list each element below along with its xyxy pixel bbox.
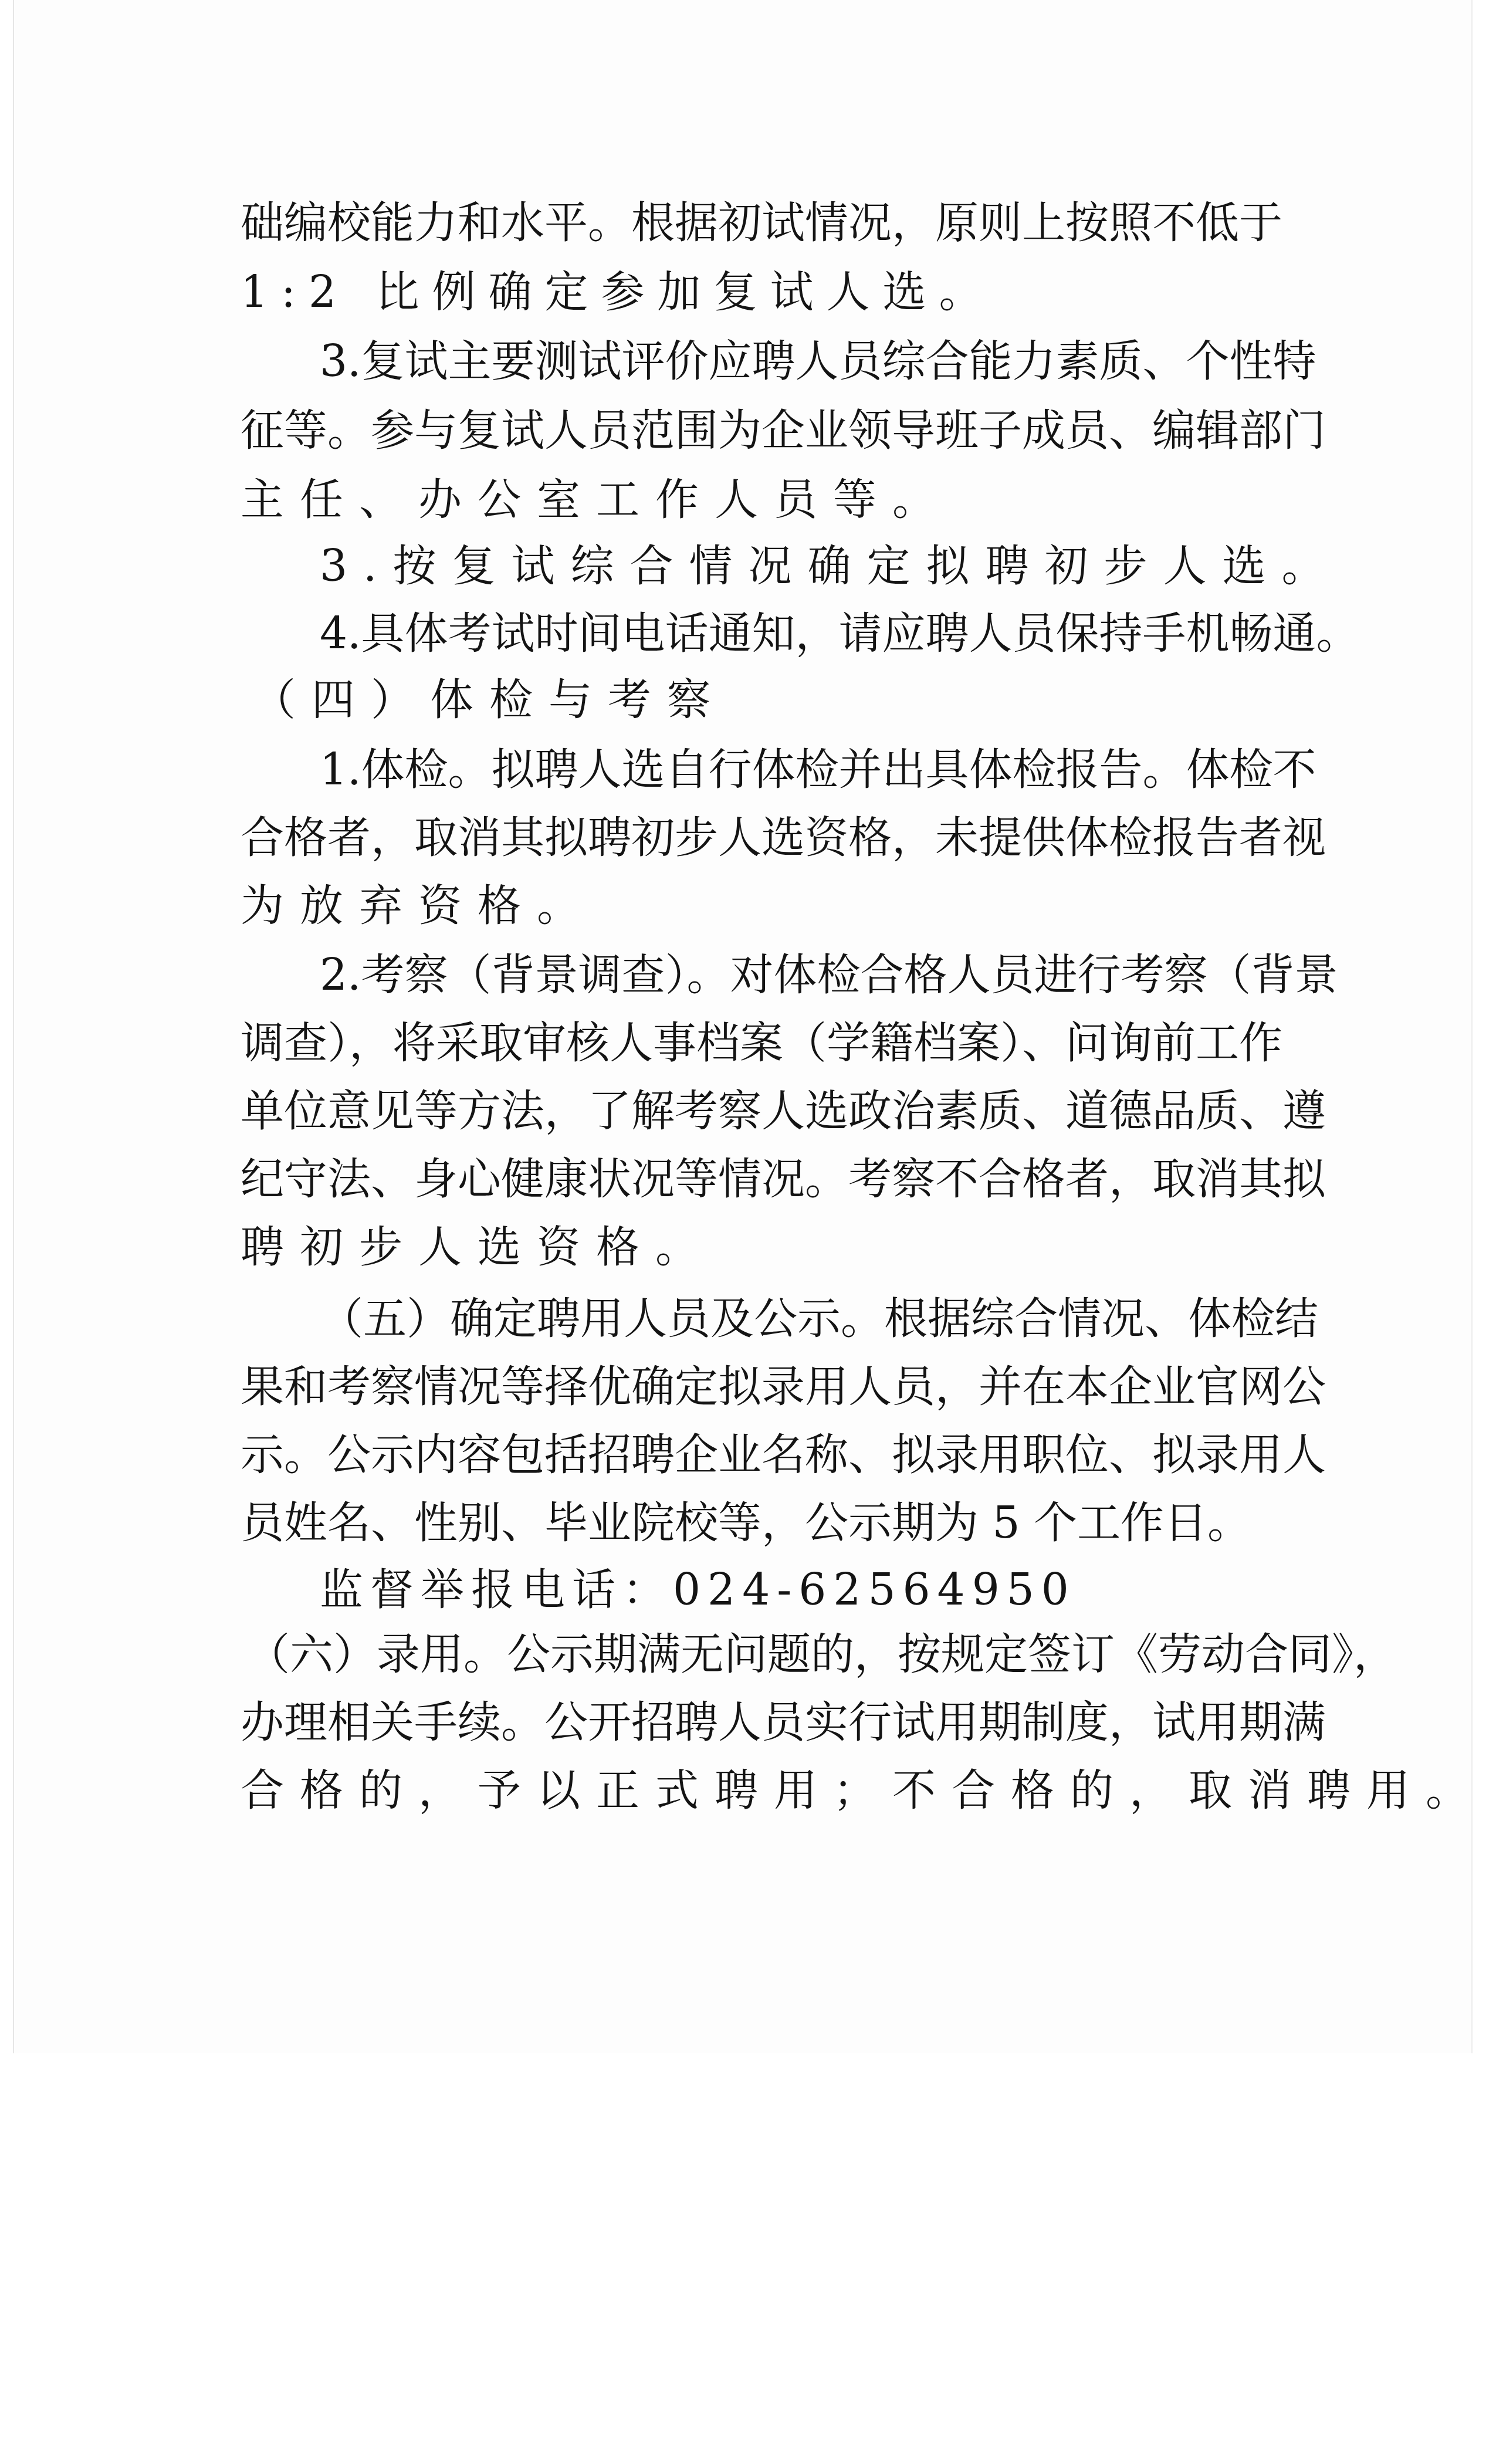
text-line-14: 单位意见等方法，了解考察人选政治素质、道德品质、遵 <box>241 1082 1251 1140</box>
text-line-6: 3.按复试综合情况确定拟聘初步人选。 <box>320 537 1330 595</box>
text-line-10: 合格者，取消其拟聘初步人选资格，未提供体检报告者视 <box>241 808 1251 867</box>
text-line-13: 调查），将采取审核人事档案（学籍档案）、问询前工作 <box>241 1014 1251 1072</box>
text-line-12: 2.考察（背景调查）。对体检合格人员进行考察（背景 <box>320 946 1251 1004</box>
text-line-3: 3.复试主要测试评价应聘人员综合能力素质、个性特 <box>320 332 1251 391</box>
text-line-1: 础编校能力和水平。根据初试情况，原则上按照不低于 <box>241 194 1251 252</box>
section-heading-6: （六）录用。公示期满无问题的，按规定签订《劳动合同》， <box>246 1625 1276 1684</box>
text-line-20: 员姓名、性别、毕业院校等，公示期为 5 个工作日。 <box>241 1494 1203 1552</box>
section-heading-5: （五）确定聘用人员及公示。根据综合情况、体检结 <box>320 1289 1251 1348</box>
text-line-5: 主任、办公室工作人员等。 <box>241 471 1251 529</box>
text-line-16: 聘初步人选资格。 <box>241 1218 1251 1277</box>
document-body: 础编校能力和水平。根据初试情况，原则上按照不低于 1:2 比例确定参加复试人选。… <box>0 0 1496 2053</box>
text-line-11: 为放弃资格。 <box>241 876 1251 935</box>
section-heading-4: （四）体检与考察 <box>252 671 1263 729</box>
text-line-18: 果和考察情况等择优确定拟录用人员，并在本企业官网公 <box>241 1358 1251 1416</box>
text-line-15: 纪守法、身心健康状况等情况。考察不合格者，取消其拟 <box>241 1150 1251 1209</box>
text-line-7: 4.具体考试时间电话通知，请应聘人员保持手机畅通。 <box>320 604 1282 663</box>
report-phone-line: 监督举报电话：024-62564950 <box>320 1561 1330 1619</box>
text-line-9: 1.体检。拟聘人选自行体检并出具体检报告。体检不 <box>320 740 1251 799</box>
text-line-19: 示。公示内容包括招聘企业名称、拟录用职位、拟录用人 <box>241 1426 1251 1484</box>
text-line-24: 合格的，予以正式聘用；不合格的，取消聘用。 <box>241 1761 1251 1820</box>
text-line-23: 办理相关手续。公开招聘人员实行试用期制度，试用期满 <box>241 1693 1251 1752</box>
text-line-2: 1:2 比例确定参加复试人选。 <box>241 263 1251 321</box>
text-line-4: 征等。参与复试人员范围为企业领导班子成员、编辑部门 <box>241 401 1251 460</box>
